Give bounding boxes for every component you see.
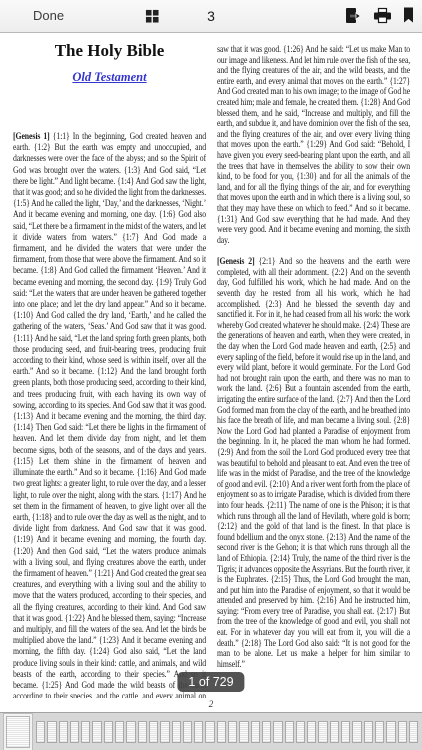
page-thumbnail[interactable] — [205, 721, 214, 743]
genesis-1-text: {1:1} In the beginning, God created heav… — [13, 131, 206, 698]
bookmark-button[interactable] — [402, 7, 415, 23]
genesis-1-continuation: saw that it was good. {1:26} And he said… — [217, 44, 410, 245]
page-thumbnail[interactable] — [172, 721, 181, 743]
genesis-1-heading: [Genesis 1] — [13, 131, 50, 141]
page-thumbnail[interactable] — [341, 721, 350, 743]
current-page-thumbnail[interactable] — [6, 716, 30, 748]
page-thumbnail[interactable] — [273, 721, 282, 743]
page-thumbnail[interactable] — [409, 721, 418, 743]
bookmark-icon — [402, 11, 415, 26]
page-thumbnail[interactable] — [194, 721, 203, 743]
right-text-column: saw that it was good. {1:26} And he said… — [217, 44, 410, 698]
page-thumbnail[interactable] — [285, 721, 294, 743]
page-thumbnail[interactable] — [47, 721, 56, 743]
page-number: 2 — [0, 699, 422, 709]
page-thumbnail[interactable] — [160, 721, 169, 743]
page-thumbnail[interactable] — [364, 721, 373, 743]
page-thumbnail[interactable] — [149, 721, 158, 743]
page-thumbnail[interactable] — [296, 721, 305, 743]
left-text-column: [Genesis 1] {1:1} In the beginning, God … — [13, 131, 206, 698]
page-thumbnail[interactable] — [330, 721, 339, 743]
page-thumbnail[interactable] — [81, 721, 90, 743]
page-thumbnail[interactable] — [228, 721, 237, 743]
page-thumbnail[interactable] — [217, 721, 226, 743]
page-thumbnail[interactable] — [59, 721, 68, 743]
page-thumbnail[interactable] — [352, 721, 361, 743]
page-thumbnail[interactable] — [386, 721, 395, 743]
genesis-2-paragraph: [Genesis 2] {2:1} And so the heavens and… — [217, 256, 410, 669]
page-thumbnail[interactable] — [375, 721, 384, 743]
page-thumbnail[interactable] — [262, 721, 271, 743]
page-thumbnail[interactable] — [115, 721, 124, 743]
page-thumbnail[interactable] — [138, 721, 147, 743]
page-thumbnail[interactable] — [36, 721, 45, 743]
page-thumbnail[interactable] — [398, 721, 407, 743]
document-title: The Holy Bible — [13, 41, 206, 61]
page-thumbnail[interactable] — [92, 721, 101, 743]
print-button[interactable] — [374, 7, 391, 24]
old-testament-link[interactable]: Old Testament — [13, 70, 206, 85]
page-thumbnail[interactable] — [126, 721, 135, 743]
page-thumbnail[interactable] — [251, 721, 260, 743]
page-thumbnail[interactable] — [239, 721, 248, 743]
printer-icon — [374, 12, 391, 27]
genesis-1-paragraph: [Genesis 1] {1:1} In the beginning, God … — [13, 131, 206, 698]
document-page: The Holy Bible Old Testament [Genesis 1]… — [0, 33, 422, 712]
export-icon — [345, 12, 361, 27]
page-thumbnail[interactable] — [318, 721, 327, 743]
page-thumbnail[interactable] — [104, 721, 113, 743]
page-thumbnail[interactable] — [70, 721, 79, 743]
thumbnail-strip[interactable] — [0, 712, 422, 750]
genesis-2-text: {2:1} And so the heavens and the earth w… — [217, 256, 410, 669]
toolbar: Done 3 — [0, 0, 422, 33]
genesis-2-heading: [Genesis 2] — [217, 256, 255, 266]
page-thumbnail[interactable] — [307, 721, 316, 743]
page-indicator-badge: 1 of 729 — [177, 672, 244, 692]
export-button[interactable] — [345, 7, 361, 24]
page-thumbnail[interactable] — [183, 721, 192, 743]
